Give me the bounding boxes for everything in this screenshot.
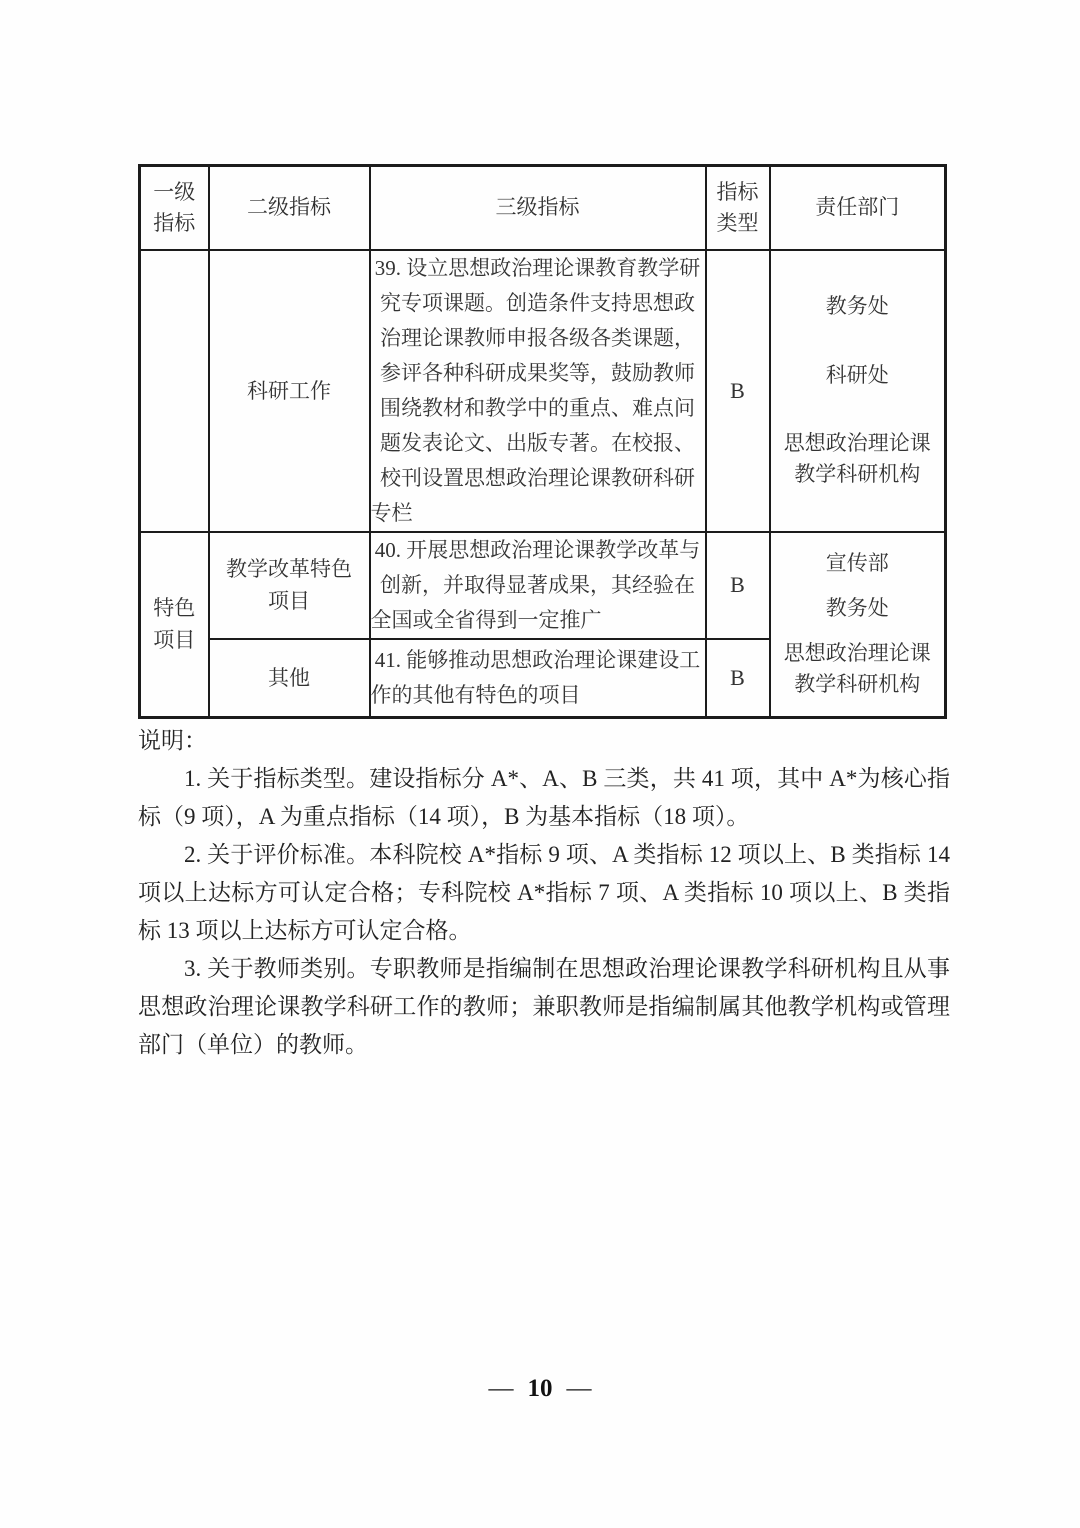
- table-row-item40: 特色 项目 教学改革特色 项目 40. 开展思想政治理论课教学改革与创新，并取得…: [140, 532, 946, 639]
- cell-level2-research-work: 科研工作: [209, 250, 370, 532]
- cell-level1-empty: [140, 250, 209, 532]
- header-responsible-department: 责任部门: [770, 166, 946, 250]
- department-research-office: 科研处: [826, 360, 889, 391]
- cell-type-item40: B: [706, 532, 770, 639]
- note-item-teacher-categories: 3. 关于教师类别。专职教师是指编制在思想政治理论课教学科研机构且从事思想政治理…: [138, 950, 950, 1064]
- department-publicity: 宣传部: [826, 548, 889, 579]
- footer-dash-left: —: [489, 1375, 514, 1403]
- header-indicator-type: 指标 类型: [706, 166, 770, 250]
- header-level2-indicator: 二级指标: [209, 166, 370, 250]
- cell-departments-item40-41: 宣传部 教务处 思想政治理论课 教学科研机构: [770, 532, 946, 718]
- page-number: 10: [528, 1375, 553, 1403]
- cell-level3-item40-text: 40. 开展思想政治理论课教学改革与创新，并取得显著成果，其经验在全国或全省得到…: [370, 532, 706, 639]
- department-academic-affairs: 教务处: [826, 593, 889, 624]
- cell-level2-teaching-reform-project: 教学改革特色 项目: [209, 532, 370, 639]
- cell-type-item39: B: [706, 250, 770, 532]
- indicator-table: 一级 指标 二级指标 三级指标 指标 类型 责任部门 科研工作 39. 设立思想…: [138, 164, 947, 719]
- header-level1-indicator: 一级 指标: [140, 166, 209, 250]
- department-academic-affairs: 教务处: [826, 291, 889, 322]
- cell-level3-item41-text: 41. 能够推动思想政治理论课建设工作的其他有特色的项目: [370, 639, 706, 718]
- cell-type-item41: B: [706, 639, 770, 718]
- cell-level1-special-projects: 特色 项目: [140, 532, 209, 718]
- document-page: 一级 指标 二级指标 三级指标 指标 类型 责任部门 科研工作 39. 设立思想…: [0, 0, 1080, 1528]
- note-item-indicator-types: 1. 关于指标类型。建设指标分 A*、A、B 三类，共 41 项，其中 A*为核…: [138, 760, 950, 836]
- cell-level3-item39-text: 39. 设立思想政治理论课教育教学研究专项课题。创造条件支持思想政治理论课教师申…: [370, 250, 706, 532]
- footer-dash-right: —: [567, 1375, 592, 1403]
- department-list-item39: 教务处 科研处 思想政治理论课 教学科研机构: [771, 254, 945, 527]
- cell-departments-item39: 教务处 科研处 思想政治理论课 教学科研机构: [770, 250, 946, 532]
- department-ideology-teaching-research-org: 思想政治理论课 教学科研机构: [784, 428, 931, 490]
- note-item-evaluation-criteria: 2. 关于评价标准。本科院校 A*指标 9 项、A 类指标 12 项以上、B 类…: [138, 836, 950, 950]
- header-level3-indicator: 三级指标: [370, 166, 706, 250]
- department-list-item40-41: 宣传部 教务处 思想政治理论课 教学科研机构: [771, 534, 945, 714]
- cell-level2-other: 其他: [209, 639, 370, 718]
- notes-section: 说明： 1. 关于指标类型。建设指标分 A*、A、B 三类，共 41 项，其中 …: [138, 722, 950, 1064]
- table-header-row: 一级 指标 二级指标 三级指标 指标 类型 责任部门: [140, 166, 946, 250]
- department-ideology-teaching-research-org: 思想政治理论课 教学科研机构: [784, 638, 931, 700]
- notes-heading: 说明：: [138, 722, 950, 760]
- table-row-item39: 科研工作 39. 设立思想政治理论课教育教学研究专项课题。创造条件支持思想政治理…: [140, 250, 946, 532]
- page-footer: —10—: [0, 1375, 1080, 1403]
